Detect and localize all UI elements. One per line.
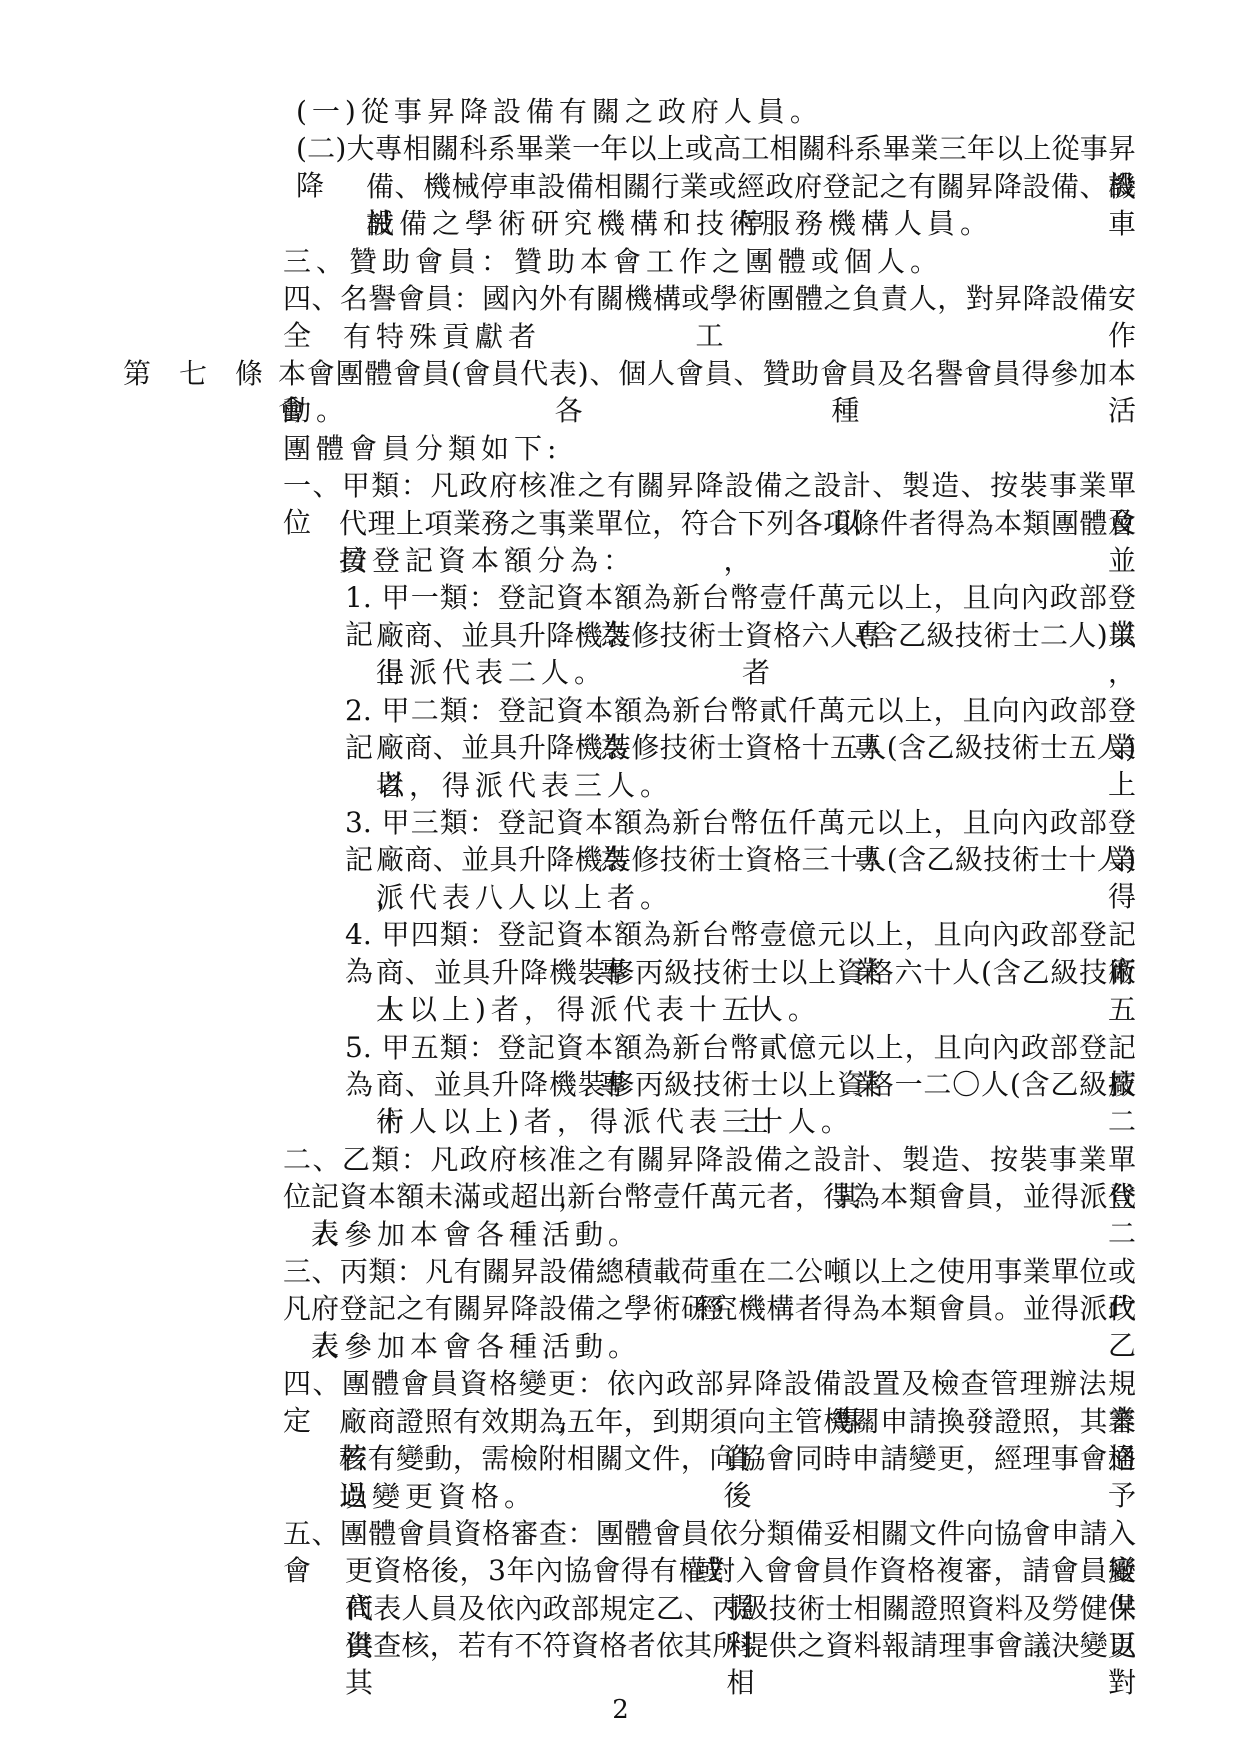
text-line-qualification-review: 供查核，若有不符資格者依其所提供之資料報請理事會議決變更其相對 (345, 1627, 1136, 1701)
text-line-class-a1: 得派代表二人。 (376, 654, 607, 691)
text-line-class-c: 人參加本會各種活動。 (311, 1328, 641, 1365)
text-line-qualification-change: 以變更資格。 (339, 1478, 537, 1515)
text-line-article-7: 本會團體會員(會員代表)、個人會員、贊助會員及名譽會員得參加本會各種活 (278, 355, 1136, 429)
text-line-class-a3: 派代表八人以上者。 (376, 879, 673, 916)
text-line-item-3-sponsor-member: 三、贊助會員：贊助本會工作之團體或個人。 (283, 243, 943, 280)
text-line-class-a5: 十人以上)者，得派代表三十人。 (376, 1103, 854, 1140)
article-label: 第 七 條 (123, 355, 263, 392)
text-line-group-member-classification-heading: 團體會員分類如下: (283, 430, 561, 467)
text-line-item-1-government-personnel: (一)從事昇降設備有關之政府人員。 (296, 93, 823, 130)
text-line-item-2-graduates: 設備之學術研究機構和技術服務機構人員。 (366, 205, 993, 242)
text-line-class-b: 人參加本會各種活動。 (311, 1216, 641, 1253)
text-line-class-a2: 者，得派代表三人。 (376, 767, 673, 804)
text-line-item-4-honorary-member: 有特殊貢獻者 (343, 318, 541, 355)
text-line-class-a: 按登記資本額分為： (339, 542, 636, 579)
text-line-article-7: 動。 (283, 392, 349, 429)
text-line-class-a4: 人以上)者，得派代表十五人。 (376, 991, 821, 1028)
page-number: 2 (0, 1694, 1241, 1726)
document-page: (一)從事昇降設備有關之政府人員。(二)大專相關科系畢業一年以上或高工相關科系畢… (0, 0, 1241, 1755)
